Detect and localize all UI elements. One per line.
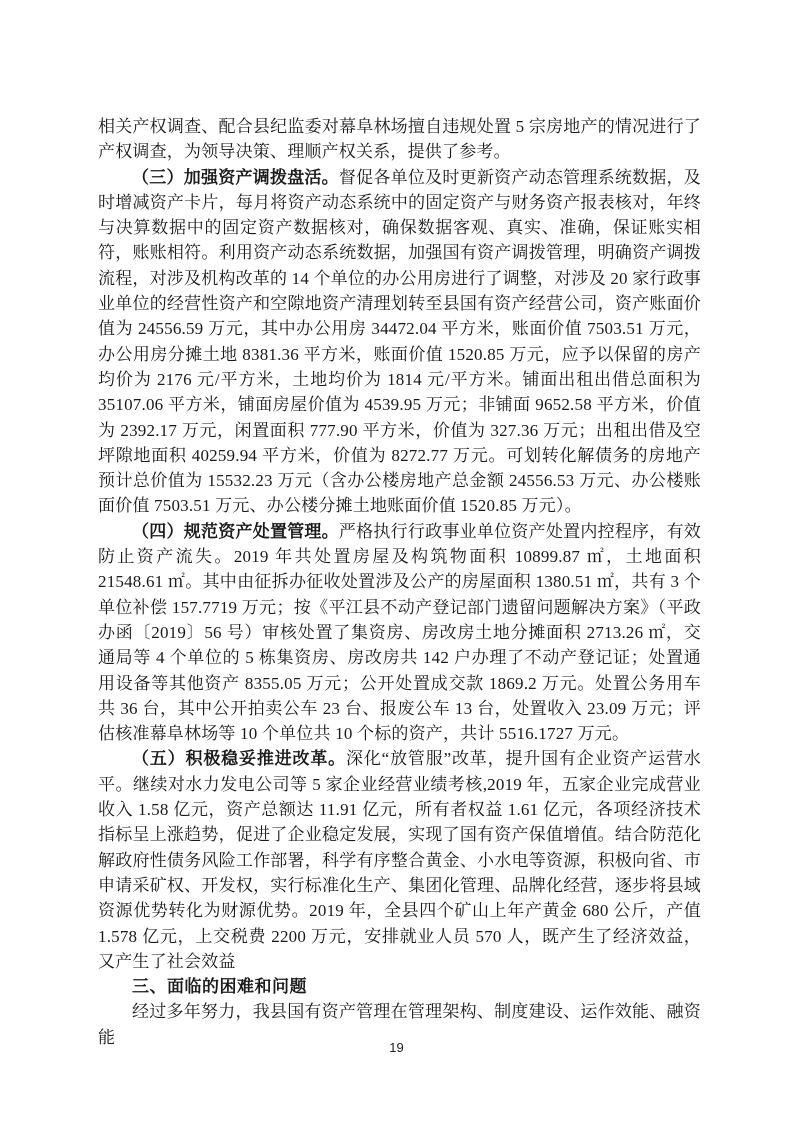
- document-page: 相关产权调查、配合县纪监委对幕阜林场擅自违规处置 5 宗房地产的情况进行了产权调…: [0, 0, 793, 1122]
- section-3-lead: （三）加强资产调拨盘活。: [132, 168, 339, 187]
- section-5-lead: （五）积极稳妥推进改革。: [132, 749, 346, 768]
- section-3-text: 督促各单位及时更新资产动态管理系统数据，及时增减资产卡片，每月将资产动态系统中的…: [98, 168, 701, 516]
- paragraph-section-3: （三）加强资产调拨盘活。督促各单位及时更新资产动态管理系统数据，及时增减资产卡片…: [98, 165, 701, 519]
- paragraph-section-5: （五）积极稳妥推进改革。深化“放管服”改革，提升国有企业资产运营水平。继续对水力…: [98, 746, 701, 974]
- section-5-text: 深化“放管服”改革，提升国有企业资产运营水平。继续对水力发电公司等 5 家企业经…: [98, 749, 701, 970]
- section-4-lead: （四）规范资产处置管理。: [132, 522, 339, 541]
- paragraph-continuation: 相关产权调查、配合县纪监委对幕阜林场擅自违规处置 5 宗房地产的情况进行了产权调…: [98, 114, 701, 165]
- section-heading-difficulties: 三、面临的困难和问题: [98, 974, 701, 999]
- page-number: 19: [0, 1040, 793, 1055]
- paragraph-section-4: （四）规范资产处置管理。严格执行行政事业单位资产处置内控程序，有效防止资产流失。…: [98, 519, 701, 747]
- document-body: 相关产权调查、配合县纪监委对幕阜林场擅自违规处置 5 宗房地产的情况进行了产权调…: [98, 114, 701, 1050]
- section-4-text: 严格执行行政事业单位资产处置内控程序，有效防止资产流失。2019 年共处置房屋及…: [98, 522, 701, 743]
